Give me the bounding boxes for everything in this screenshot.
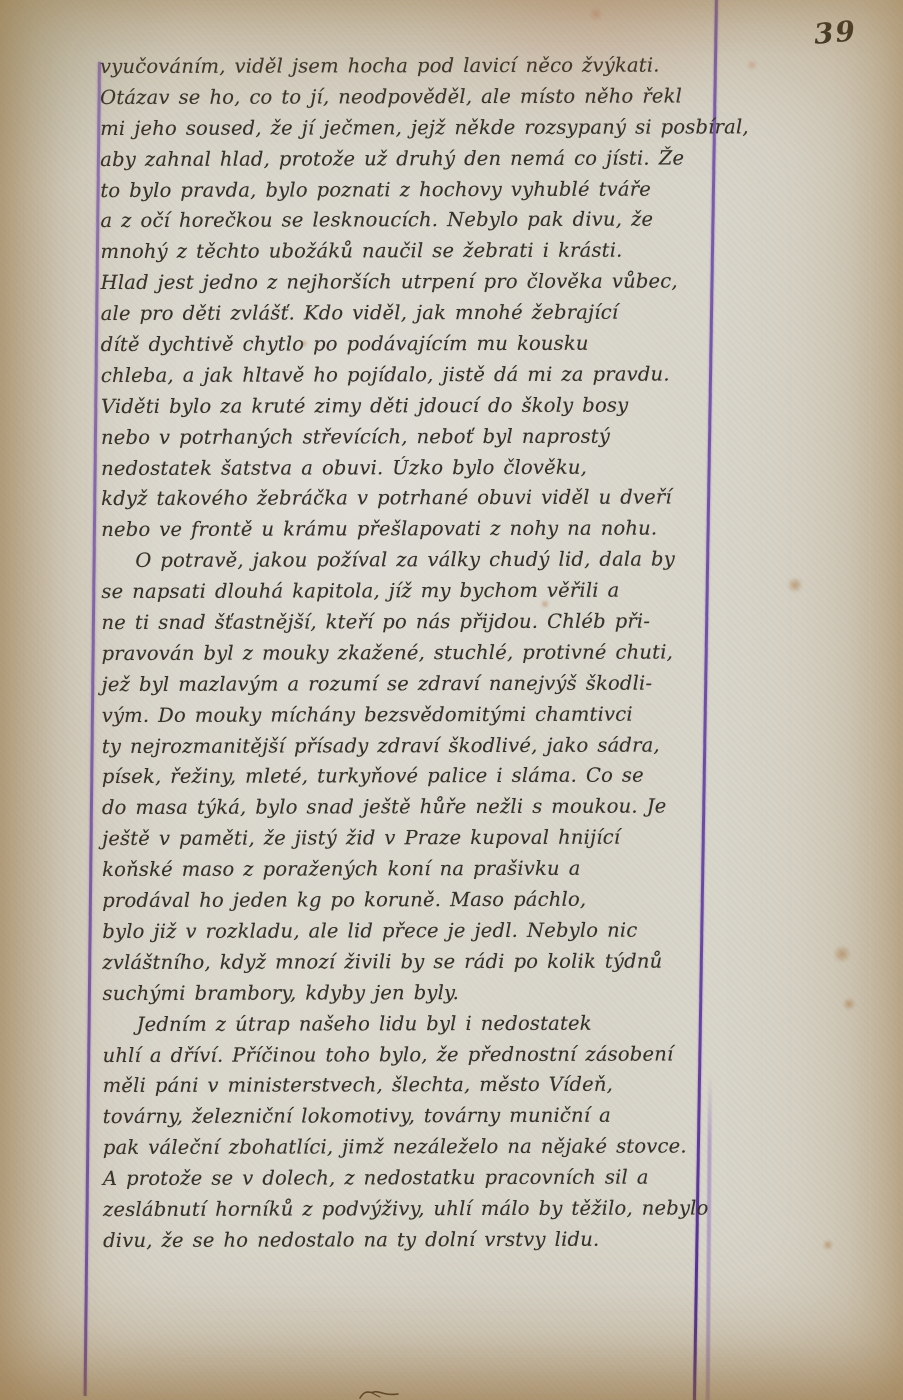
- handwritten-line: písek, řežiny, mleté, turkyňové palice i…: [102, 761, 716, 793]
- handwritten-line: vým. Do mouky míchány bezsvědomitými cha…: [102, 699, 716, 731]
- handwritten-line: pravován byl z mouky zkažené, stuchlé, p…: [102, 637, 716, 669]
- handwritten-line: vyučováním, viděl jsem hocha pod lavicí …: [100, 50, 714, 82]
- page-number: 39: [813, 14, 859, 51]
- handwritten-line: nebo ve frontě u krámu přešlapovati z no…: [101, 514, 715, 546]
- foxing-spot: [746, 60, 758, 70]
- foxing-spot: [832, 946, 852, 962]
- handwritten-line: nebo v potrhaných střevících, neboť byl …: [101, 421, 715, 453]
- handwritten-line: továrny, železniční lokomotivy, továrny …: [103, 1101, 717, 1133]
- handwritten-line: ty nejrozmanitější přísady zdraví škodli…: [102, 730, 716, 762]
- handwritten-line: to bylo pravda, bylo poznati z hochovy v…: [100, 174, 714, 206]
- handwritten-line: Hlad jest jedno z nejhorších utrpení pro…: [101, 267, 715, 299]
- handwritten-text: vyučováním, viděl jsem hocha pod lavicí …: [100, 50, 717, 1256]
- handwritten-line: uhlí a dříví. Příčinou toho bylo, že pře…: [103, 1039, 717, 1071]
- handwritten-line: mi jeho soused, že jí ječmen, jejž někde…: [100, 112, 714, 144]
- manuscript-page: 39 vyučováním, viděl jsem hocha pod lavi…: [0, 0, 903, 1400]
- handwritten-line: když takového žebráčka v potrhané obuvi …: [101, 483, 715, 515]
- handwritten-line: aby zahnal hlad, protože už druhý den ne…: [100, 143, 714, 175]
- handwritten-line: divu, že se ho nedostalo na ty dolní vrs…: [103, 1224, 717, 1256]
- handwritten-line: měli páni v ministerstvech, šlechta, měs…: [103, 1070, 717, 1102]
- handwritten-line: nedostatek šatstva a obuvi. Úzko bylo čl…: [101, 452, 715, 484]
- foxing-spot: [822, 1240, 834, 1250]
- handwritten-line: do masa týká, bylo snad ještě hůře nežli…: [102, 792, 716, 824]
- foxing-spot: [842, 998, 856, 1010]
- handwritten-line: chleba, a jak hltavě ho pojídalo, jistě …: [101, 359, 715, 391]
- handwritten-line: dítě dychtivě chytlo po podávajícím mu k…: [101, 328, 715, 360]
- handwritten-line: se napsati dlouhá kapitola, jíž my bycho…: [101, 576, 715, 608]
- handwritten-line: zvláštního, když mnozí živili by se rádi…: [102, 946, 716, 978]
- handwritten-line: A protože se v dolech, z nedostatku prac…: [103, 1162, 717, 1194]
- foxing-spot: [588, 8, 604, 20]
- handwritten-line: jež byl mazlavým a rozumí se zdraví nane…: [102, 668, 716, 700]
- handwritten-line: koňské maso z poražených koní na prašivk…: [102, 854, 716, 886]
- handwritten-line: Jedním z útrap našeho lidu byl i nedosta…: [103, 1008, 717, 1040]
- handwritten-line: ještě v paměti, že jistý žid v Praze kup…: [102, 823, 716, 855]
- handwritten-line: pak váleční zbohatlíci, jimž nezáleželo …: [103, 1132, 717, 1164]
- handwritten-line: Viděti bylo za kruté zimy děti jdoucí do…: [101, 390, 715, 422]
- handwritten-line: ale pro děti zvlášť. Kdo viděl, jak mnoh…: [101, 298, 715, 330]
- stray-ink-mark: [358, 1384, 404, 1400]
- handwritten-line: ne ti snad šťastnější, kteří po nás přij…: [101, 606, 715, 638]
- foxing-spot: [786, 578, 804, 592]
- handwritten-line: zeslábnutí horníků z podvýživy, uhlí mál…: [103, 1193, 717, 1225]
- left-margin-rule: [84, 62, 101, 1396]
- handwritten-line: suchými brambory, kdyby jen byly.: [102, 977, 716, 1009]
- handwritten-line: O potravě, jakou požíval za války chudý …: [101, 545, 715, 577]
- handwritten-line: bylo již v rozkladu, ale lid přece je je…: [102, 915, 716, 947]
- handwritten-line: a z očí horečkou se lesknoucích. Nebylo …: [100, 205, 714, 237]
- handwritten-line: prodával ho jeden kg po koruně. Maso pác…: [102, 884, 716, 916]
- handwritten-line: Otázav se ho, co to jí, neodpověděl, ale…: [100, 81, 714, 113]
- handwritten-line: mnohý z těchto ubožáků naučil se žebrati…: [100, 236, 714, 268]
